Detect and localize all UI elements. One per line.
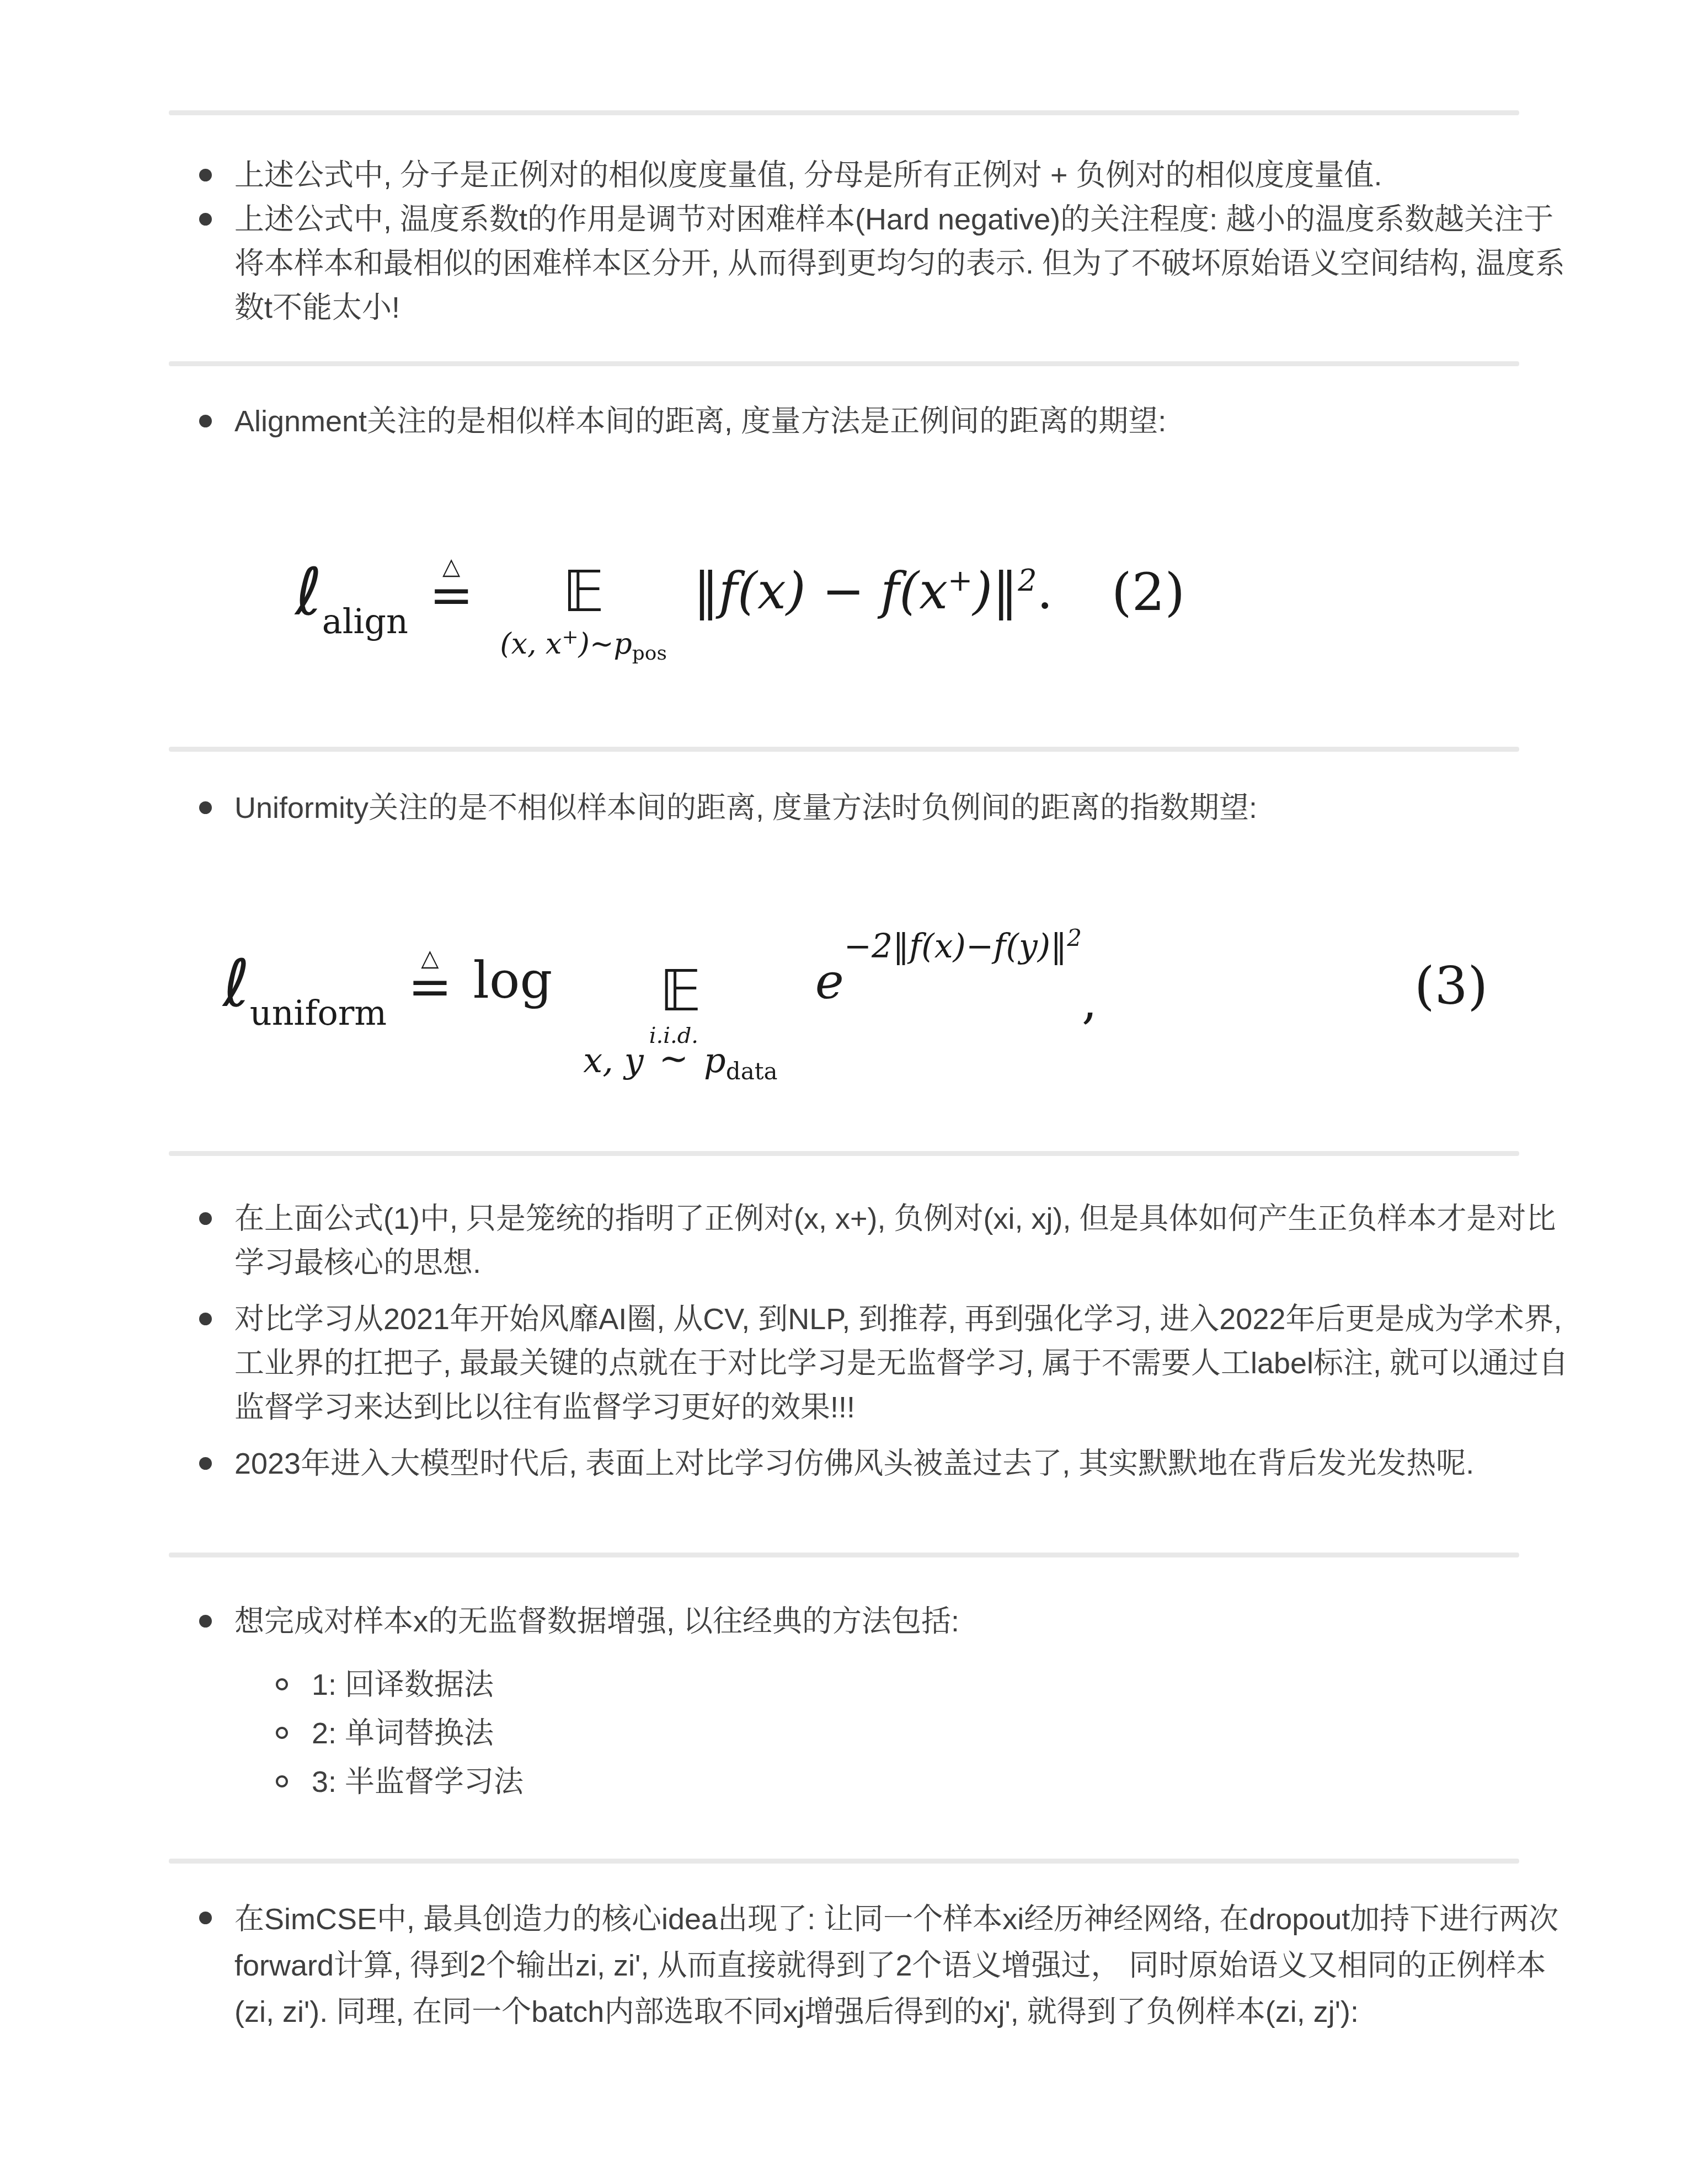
section-divider-2 — [169, 361, 1519, 366]
hollow-bullet-icon — [276, 1678, 288, 1690]
equals: = — [429, 578, 473, 612]
list-item: 想完成对样本x的无监督数据增强, 以往经典的方法包括: — [199, 1599, 1644, 1644]
section-divider-1 — [169, 110, 1519, 115]
bullet-dot-icon — [199, 1912, 212, 1924]
bullet-dot-icon — [199, 1212, 212, 1225]
exponent-text: −2‖f(x)−f(y)‖ — [844, 927, 1067, 966]
list-item: 2023年进入大模型时代后, 表面上对比学习仿佛风头被盖过去了, 其实默默地在背… — [199, 1442, 1644, 1486]
text-line: 3: 半监督学习法 — [312, 1760, 1600, 1804]
text-line: 在上面公式(1)中, 只是笼统的指明了正例对(x, x+), 负例对(xi, x… — [234, 1197, 1644, 1241]
bullet-dot-icon — [199, 1615, 212, 1628]
p-data: pdata — [704, 1043, 778, 1078]
sub-list-item: 3: 半监督学习法 — [276, 1760, 1600, 1804]
euler-e: e — [815, 957, 844, 1006]
bullet-list-contrastive-learning: 在上面公式(1)中, 只是笼统的指明了正例对(x, x+), 负例对(xi, x… — [199, 1197, 1644, 1486]
equation-number: (2) — [1112, 567, 1185, 619]
exponent-square: 2 — [1067, 924, 1082, 951]
text-line: 工业界的扛把子, 最最关键的点就在于对比学习是无监督学习, 属于不需要人工lab… — [234, 1341, 1644, 1385]
text-line: 在SimCSE中, 最具创造力的核心idea出现了: 让同一个样本xi经历神经网… — [234, 1896, 1644, 1942]
text-line: 监督学习来达到比以往有监督学习更好的效果!!! — [234, 1385, 1644, 1430]
exponent: −2‖f(x)−f(y)‖2 — [844, 930, 1082, 963]
expectation-subscript: x, y i.i.d. ∼ pdata — [583, 1025, 777, 1078]
text-line: forward计算, 得到2个输出zi, zi', 从而直接就得到了2个语义增强… — [234, 1942, 1644, 1989]
list-item-text: 上述公式中, 温度系数t的作用是调节对困难样本(Hard negative)的关… — [234, 197, 1644, 330]
sub-list-augmentation-methods: 1: 回译数据法 2: 单词替换法 3: 半监督学习法 — [276, 1663, 1600, 1804]
log-operator: log — [473, 955, 553, 1006]
script-l: ℓ — [223, 951, 250, 1016]
bullet-list-alignment: Alignment关注的是相似样本间的距离, 度量方法是正例间的距离的期望: — [199, 399, 1644, 443]
formula-comma: , — [1082, 977, 1097, 1026]
section-divider-5 — [169, 1553, 1519, 1557]
expectation-subscript: (x, x+)∼ppos — [500, 628, 667, 661]
text-line: 学习最核心的思想. — [234, 1241, 1644, 1285]
bullet-dot-icon — [199, 415, 212, 427]
list-item-text: 在上面公式(1)中, 只是笼统的指明了正例对(x, x+), 负例对(xi, x… — [234, 1197, 1644, 1285]
text-line: 2: 单词替换法 — [312, 1711, 1600, 1755]
esub-plus: + — [562, 626, 578, 649]
p-symbol: p — [704, 1040, 726, 1080]
text-line: 想完成对样本x的无监督数据增强, 以往经典的方法包括: — [234, 1599, 1644, 1644]
body-plus: + — [948, 563, 973, 598]
list-item-text: 2023年进入大模型时代后, 表面上对比学习仿佛风头被盖过去了, 其实默默地在背… — [234, 1442, 1644, 1486]
body-exponent: 2 — [1018, 563, 1037, 598]
formula-subscript: uniform — [250, 996, 387, 1030]
esub-text: )∼p — [579, 628, 632, 661]
text-line: Uniformity关注的是不相似样本间的距离, 度量方法时负例间的距离的指数期… — [234, 786, 1644, 830]
list-item-text: 在SimCSE中, 最具创造力的核心idea出现了: 让同一个样本xi经历神经网… — [234, 1896, 1644, 2035]
expectation-symbol: 𝔼 — [563, 563, 605, 620]
list-item: 上述公式中, 温度系数t的作用是调节对困难样本(Hard negative)的关… — [199, 197, 1644, 330]
list-item-text: 3: 半监督学习法 — [312, 1760, 1600, 1804]
formula-uniformity-loss: ℓ uniform △ = log 𝔼 x, y i.i.d. ∼ pdata … — [223, 927, 1574, 1086]
formula-alignment-loss: ℓ align △ = 𝔼 (x, x+)∼ppos ‖f(x) − f(x+)… — [295, 552, 1244, 695]
bullet-dot-icon — [199, 1457, 212, 1470]
list-item-text: 想完成对样本x的无监督数据增强, 以往经典的方法包括: — [234, 1599, 1644, 1644]
text-line: 上述公式中, 分子是正例对的相似度度量值, 分母是所有正例对 + 负例对的相似度… — [234, 153, 1644, 197]
section-divider-6 — [169, 1859, 1519, 1864]
sub-list-item: 1: 回译数据法 — [276, 1663, 1600, 1707]
section-divider-4 — [169, 1151, 1519, 1156]
bullet-list-simcse: 在SimCSE中, 最具创造力的核心idea出现了: 让同一个样本xi经历神经网… — [199, 1896, 1644, 2035]
list-item: Alignment关注的是相似样本间的距离, 度量方法是正例间的距离的期望: — [199, 399, 1644, 443]
bullet-list-formula-notes: 上述公式中, 分子是正例对的相似度度量值, 分母是所有正例对 + 负例对的相似度… — [199, 153, 1644, 330]
text-line: 1: 回译数据法 — [312, 1663, 1600, 1707]
bullet-list-uniformity: Uniformity关注的是不相似样本间的距离, 度量方法时负例间的距离的指数期… — [199, 786, 1644, 830]
formula-body: ‖f(x) − f(x+)‖2. — [693, 566, 1053, 617]
bullet-dot-icon — [199, 1313, 212, 1325]
sub-list-item: 2: 单词替换法 — [276, 1711, 1600, 1755]
iid-tilde-stack: i.i.d. ∼ — [649, 1025, 698, 1071]
list-item-text: 2: 单词替换法 — [312, 1711, 1600, 1755]
equation-number: (3) — [1414, 961, 1488, 1013]
section-divider-3 — [169, 747, 1519, 752]
script-l: ℓ — [295, 559, 322, 624]
list-item: 在上面公式(1)中, 只是笼统的指明了正例对(x, x+), 负例对(xi, x… — [199, 1197, 1644, 1285]
tilde: ∼ — [659, 1047, 689, 1071]
expectation-block: 𝔼 x, y i.i.d. ∼ pdata — [583, 962, 777, 1078]
bullet-dot-icon — [199, 213, 212, 226]
hollow-bullet-icon — [276, 1775, 288, 1787]
body-text: )‖ — [973, 561, 1018, 620]
xy-variables: x, y — [583, 1043, 643, 1078]
list-item-text: 1: 回译数据法 — [312, 1663, 1600, 1707]
triangle-equals-icon: △ = — [429, 555, 473, 612]
article-page: 上述公式中, 分子是正例对的相似度度量值, 分母是所有正例对 + 负例对的相似度… — [0, 0, 1688, 2184]
list-item-text: Uniformity关注的是不相似样本间的距离, 度量方法时负例间的距离的指数期… — [234, 786, 1644, 830]
body-text: ‖f(x) − f(x — [693, 561, 948, 620]
text-line: 上述公式中, 温度系数t的作用是调节对困难样本(Hard negative)的关… — [234, 197, 1644, 242]
esub-sub: pos — [632, 642, 667, 665]
list-item-text: 上述公式中, 分子是正例对的相似度度量值, 分母是所有正例对 + 负例对的相似度… — [234, 153, 1644, 197]
text-line: 将本样本和最相似的困难样本区分开, 从而得到更均匀的表示. 但为了不破坏原始语义… — [234, 242, 1644, 286]
text-line: (zi, zi'). 同理, 在同一个batch内部选取不同xj增强后得到的xj… — [234, 1989, 1644, 2035]
list-item: 在SimCSE中, 最具创造力的核心idea出现了: 让同一个样本xi经历神经网… — [199, 1896, 1644, 2035]
text-line: 2023年进入大模型时代后, 表面上对比学习仿佛风头被盖过去了, 其实默默地在背… — [234, 1442, 1644, 1486]
bullet-list-augmentation: 想完成对样本x的无监督数据增强, 以往经典的方法包括: — [199, 1599, 1644, 1644]
bullet-dot-icon — [199, 801, 212, 814]
triangle-equals-icon: △ = — [408, 946, 452, 1004]
body-period: . — [1037, 561, 1053, 620]
list-item-text: 对比学习从2021年开始风靡AI圈, 从CV, 到NLP, 到推荐, 再到强化学… — [234, 1297, 1644, 1430]
equals: = — [408, 970, 452, 1004]
expectation-block: 𝔼 (x, x+)∼ppos — [500, 563, 667, 661]
formula-subscript: align — [322, 604, 408, 639]
esub-text: (x, x — [500, 628, 562, 661]
list-item: 对比学习从2021年开始风靡AI圈, 从CV, 到NLP, 到推荐, 再到强化学… — [199, 1297, 1644, 1430]
bullet-dot-icon — [199, 169, 212, 181]
list-item: 上述公式中, 分子是正例对的相似度度量值, 分母是所有正例对 + 负例对的相似度… — [199, 153, 1644, 197]
text-line: 对比学习从2021年开始风靡AI圈, 从CV, 到NLP, 到推荐, 再到强化学… — [234, 1297, 1644, 1341]
p-subscript: data — [726, 1058, 778, 1085]
text-line: 数t不能太小! — [234, 286, 1644, 330]
text-line: Alignment关注的是相似样本间的距离, 度量方法是正例间的距离的期望: — [234, 399, 1644, 443]
list-item-text: Alignment关注的是相似样本间的距离, 度量方法是正例间的距离的期望: — [234, 399, 1644, 443]
list-item: Uniformity关注的是不相似样本间的距离, 度量方法时负例间的距离的指数期… — [199, 786, 1644, 830]
hollow-bullet-icon — [276, 1727, 288, 1739]
expectation-symbol: 𝔼 — [660, 962, 702, 1019]
